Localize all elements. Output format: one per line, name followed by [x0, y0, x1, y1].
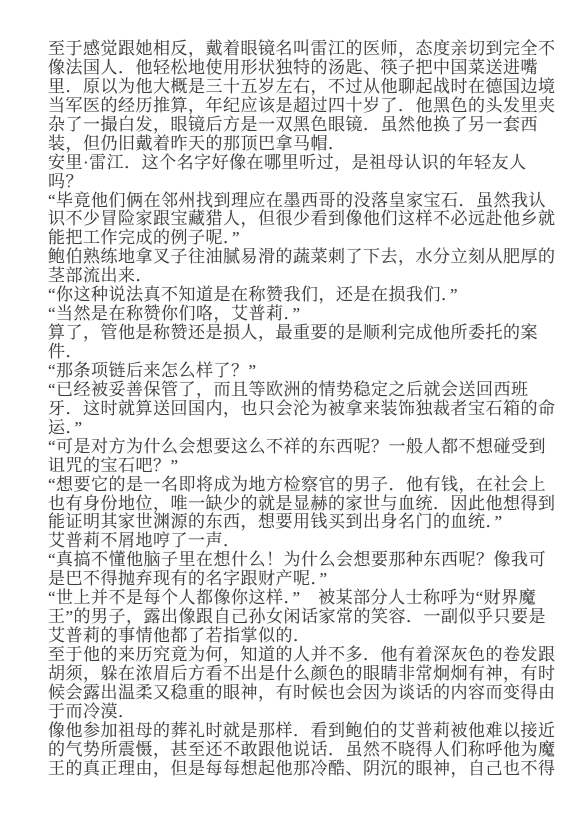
text-line: 王的真正理由，但是每每想起他那冷酷、阴沉的眼神，自己也不得 [48, 760, 564, 779]
text-line: 牙．这时就算送回国内，也只会沦为被拿来装饰独裁者宝石箱的命 [48, 400, 564, 419]
text-line: “当然是在称赞你们咯，艾普莉．” [48, 305, 564, 324]
text-block: 至于感觉跟她相反，戴着眼镜名叫雷江的医师，态度亲切到完全不像法国人．他轻松地使用… [48, 40, 564, 779]
text-line: “你这种说法真不知道是在称赞我们，还是在损我们．” [48, 286, 564, 305]
text-line: “已经被妥善保管了，而且等欧洲的情势稳定之后就会送回西班 [48, 381, 564, 400]
text-line: 能把工作完成的例子呢．” [48, 229, 564, 248]
text-line: 王”的男子，露出像跟自己孙女闲话家常的笑容．一副似乎只要是 [48, 608, 564, 627]
text-line: “可是对方为什么会想要这么不祥的东西呢？一般人都不想碰受到 [48, 438, 564, 457]
text-line: 算了，管他是称赞还是损人，最重要的是顺利完成他所委托的案 [48, 324, 564, 343]
text-line: “那条项链后来怎么样了？” [48, 362, 564, 381]
text-line: “真搞不懂他脑子里在想什么！为什么会想要那种东西呢？像我可 [48, 551, 564, 570]
text-line: 候会露出温柔又稳重的眼神，有时候也会因为谈话的内容而变得由 [48, 684, 564, 703]
text-line: 安里·雷江．这个名字好像在哪里听过，是祖母认识的年轻友人 [48, 154, 564, 173]
text-line: 艾普莉不屑地哼了一声． [48, 532, 564, 551]
text-line: 像他参加祖母的葬礼时就是那样．看到鲍伯的艾普莉被他难以接近 [48, 722, 564, 741]
text-line: 也有身份地位，唯一缺少的就是显赫的家世与血统．因此他想得到 [48, 495, 564, 514]
text-line: 于而冷漠． [48, 703, 564, 722]
text-line: 至于感觉跟她相反，戴着眼镜名叫雷江的医师，态度亲切到完全不 [48, 40, 564, 59]
text-line: 是巴不得抛弃现有的名字跟财产呢．” [48, 570, 564, 589]
text-line: 胡须，躲在浓眉后方看不出是什么颜色的眼睛非常炯炯有神，有时 [48, 665, 564, 684]
text-line: “毕竟他们俩在邻州找到理应在墨西哥的没落皇家宝石．虽然我认 [48, 192, 564, 211]
text-line: “想要它的是一名即将成为地方检察官的男子．他有钱，在社会上 [48, 476, 564, 495]
text-line: 像法国人．他轻松地使用形状独特的汤匙、筷子把中国菜送进嘴 [48, 59, 564, 78]
text-line: 鲍伯熟练地拿叉子往油腻易滑的蔬菜刺了下去，水分立刻从肥厚的 [48, 248, 564, 267]
text-line: 里．原以为他大概是三十五岁左右，不过从他聊起战时在德国边境 [48, 78, 564, 97]
text-line: 当军医的经历推算，年纪应该是超过四十岁了．他黑色的头发里夹 [48, 97, 564, 116]
book-page: 至于感觉跟她相反，戴着眼镜名叫雷江的医师，态度亲切到完全不像法国人．他轻松地使用… [0, 0, 583, 828]
text-line: 至于他的来历究竟为何，知道的人并不多．他有着深灰色的卷发跟 [48, 646, 564, 665]
text-line: 吗？ [48, 173, 564, 192]
text-line: “世上并不是每个人都像你这样．” 被某部分人士称呼为“财界魔 [48, 589, 564, 608]
text-line: 运．” [48, 419, 564, 438]
text-line: 茎部流出来． [48, 267, 564, 286]
text-line: 诅咒的宝石吧？” [48, 457, 564, 476]
text-line: 杂了一撮白发，眼镜后方是一双黑色眼镜．虽然他换了另一套西 [48, 116, 564, 135]
text-line: 能证明其家世渊源的东西，想要用钱买到出身名门的血统．” [48, 513, 564, 532]
text-line: 的气势所震慑，甚至还不敢跟他说话．虽然不晓得人们称呼他为魔 [48, 741, 564, 760]
text-line: 件． [48, 343, 564, 362]
text-line: 艾普莉的事情他都了若指掌似的． [48, 627, 564, 646]
text-line: 识不少冒险家跟宝藏猎人，但很少看到像他们这样不必远赴他乡就 [48, 210, 564, 229]
text-line: 装，但仍旧戴着昨天的那顶巴拿马帽． [48, 135, 564, 154]
